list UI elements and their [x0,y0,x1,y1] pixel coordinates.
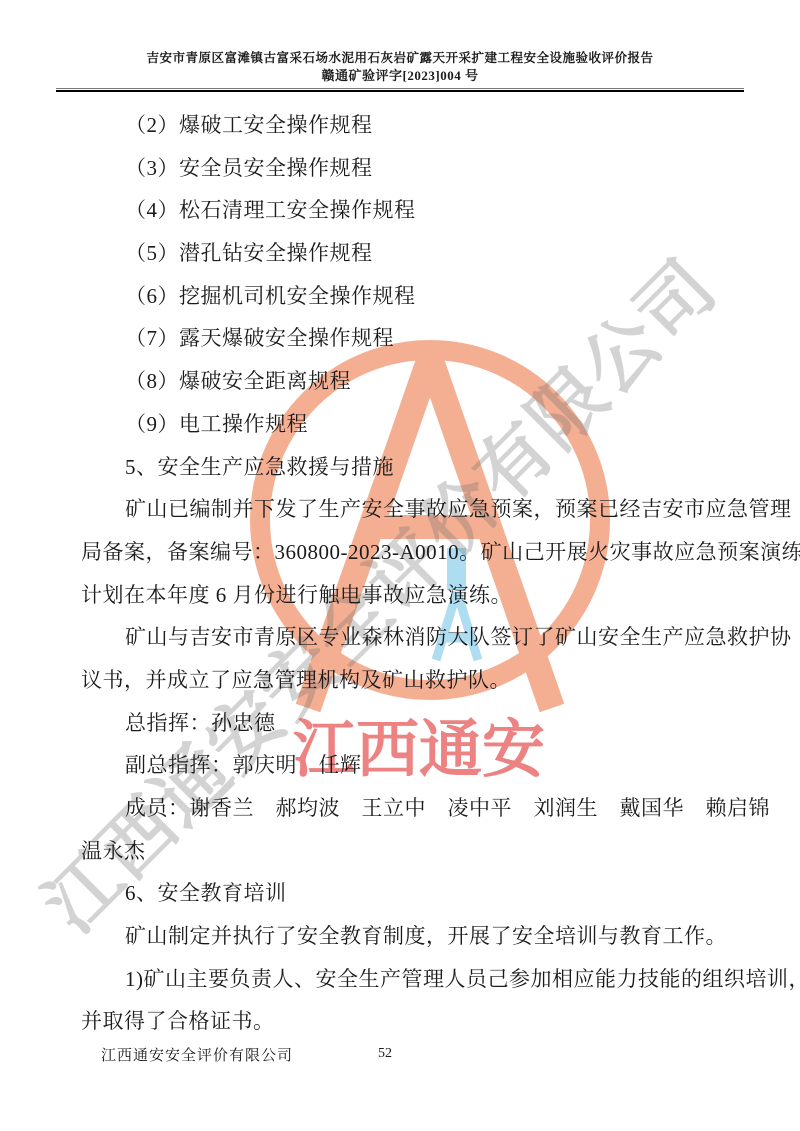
page-header: 吉安市青原区富滩镇古富采石场水泥用石灰岩矿露天开采扩建工程安全设施验收评价报告 … [0,50,800,84]
paragraph-line: 并取得了合格证书。 [81,1000,730,1043]
list-item: （5）潜孔钻安全操作规程 [81,232,730,275]
list-item: （9）电工操作规程 [81,403,730,446]
document-body: （2）爆破工安全操作规程 （3）安全员安全操作规程 （4）松石清理工安全操作规程… [81,104,730,1043]
paragraph-line: 矿山已编制并下发了生产安全事故应急预案，预案已经吉安市应急管理 [81,488,730,531]
paragraph-line: 局备案，备案编号：360800-2023-A0010。矿山己开展火灾事故应急预案… [81,531,730,574]
list-item: （3）安全员安全操作规程 [81,147,730,190]
list-item: （4）松石清理工安全操作规程 [81,189,730,232]
paragraph-line: 温永杰 [81,830,730,873]
paragraph-line: 议书，并成立了应急管理机构及矿山救护队。 [81,659,730,702]
paragraph-line: 副总指挥：郭庆明 任辉 [81,744,730,787]
paragraph-line: 矿山制定并执行了安全教育制度，开展了安全培训与教育工作。 [81,915,730,958]
footer-company-name: 江西通安安全评价有限公司 [101,1044,293,1065]
paragraph-line: 计划在本年度 6 月份进行触电事故应急演练。 [81,574,730,617]
section-heading: 5、安全生产应急救援与措施 [81,446,730,489]
report-title: 吉安市青原区富滩镇古富采石场水泥用石灰岩矿露天开采扩建工程安全设施验收评价报告 [0,50,800,67]
list-item: （7）露天爆破安全操作规程 [81,317,730,360]
list-item: （8）爆破安全距离规程 [81,360,730,403]
list-item: （2）爆破工安全操作规程 [81,104,730,147]
document-number: 赣通矿验评字[2023]004 号 [0,67,800,84]
paragraph-line: 矿山与吉安市青原区专业森林消防大队签订了矿山安全生产应急救护协 [81,616,730,659]
document-page: 江西通安安全评价有限公司 江西通安 吉安市青原区富滩镇古富采石场水泥用石灰岩矿露… [0,0,800,1131]
paragraph-line: 成员：谢香兰 郝均波 王立中 凌中平 刘润生 戴国华 赖启锦 [81,787,730,830]
page-number: 52 [355,1046,415,1062]
paragraph-line: 1)矿山主要负责人、安全生产管理人员己参加相应能力技能的组织培训， [81,958,730,1001]
header-rule [56,88,744,92]
section-heading: 6、安全教育培训 [81,872,730,915]
list-item: （6）挖掘机司机安全操作规程 [81,275,730,318]
paragraph-line: 总指挥：孙忠德 [81,702,730,745]
